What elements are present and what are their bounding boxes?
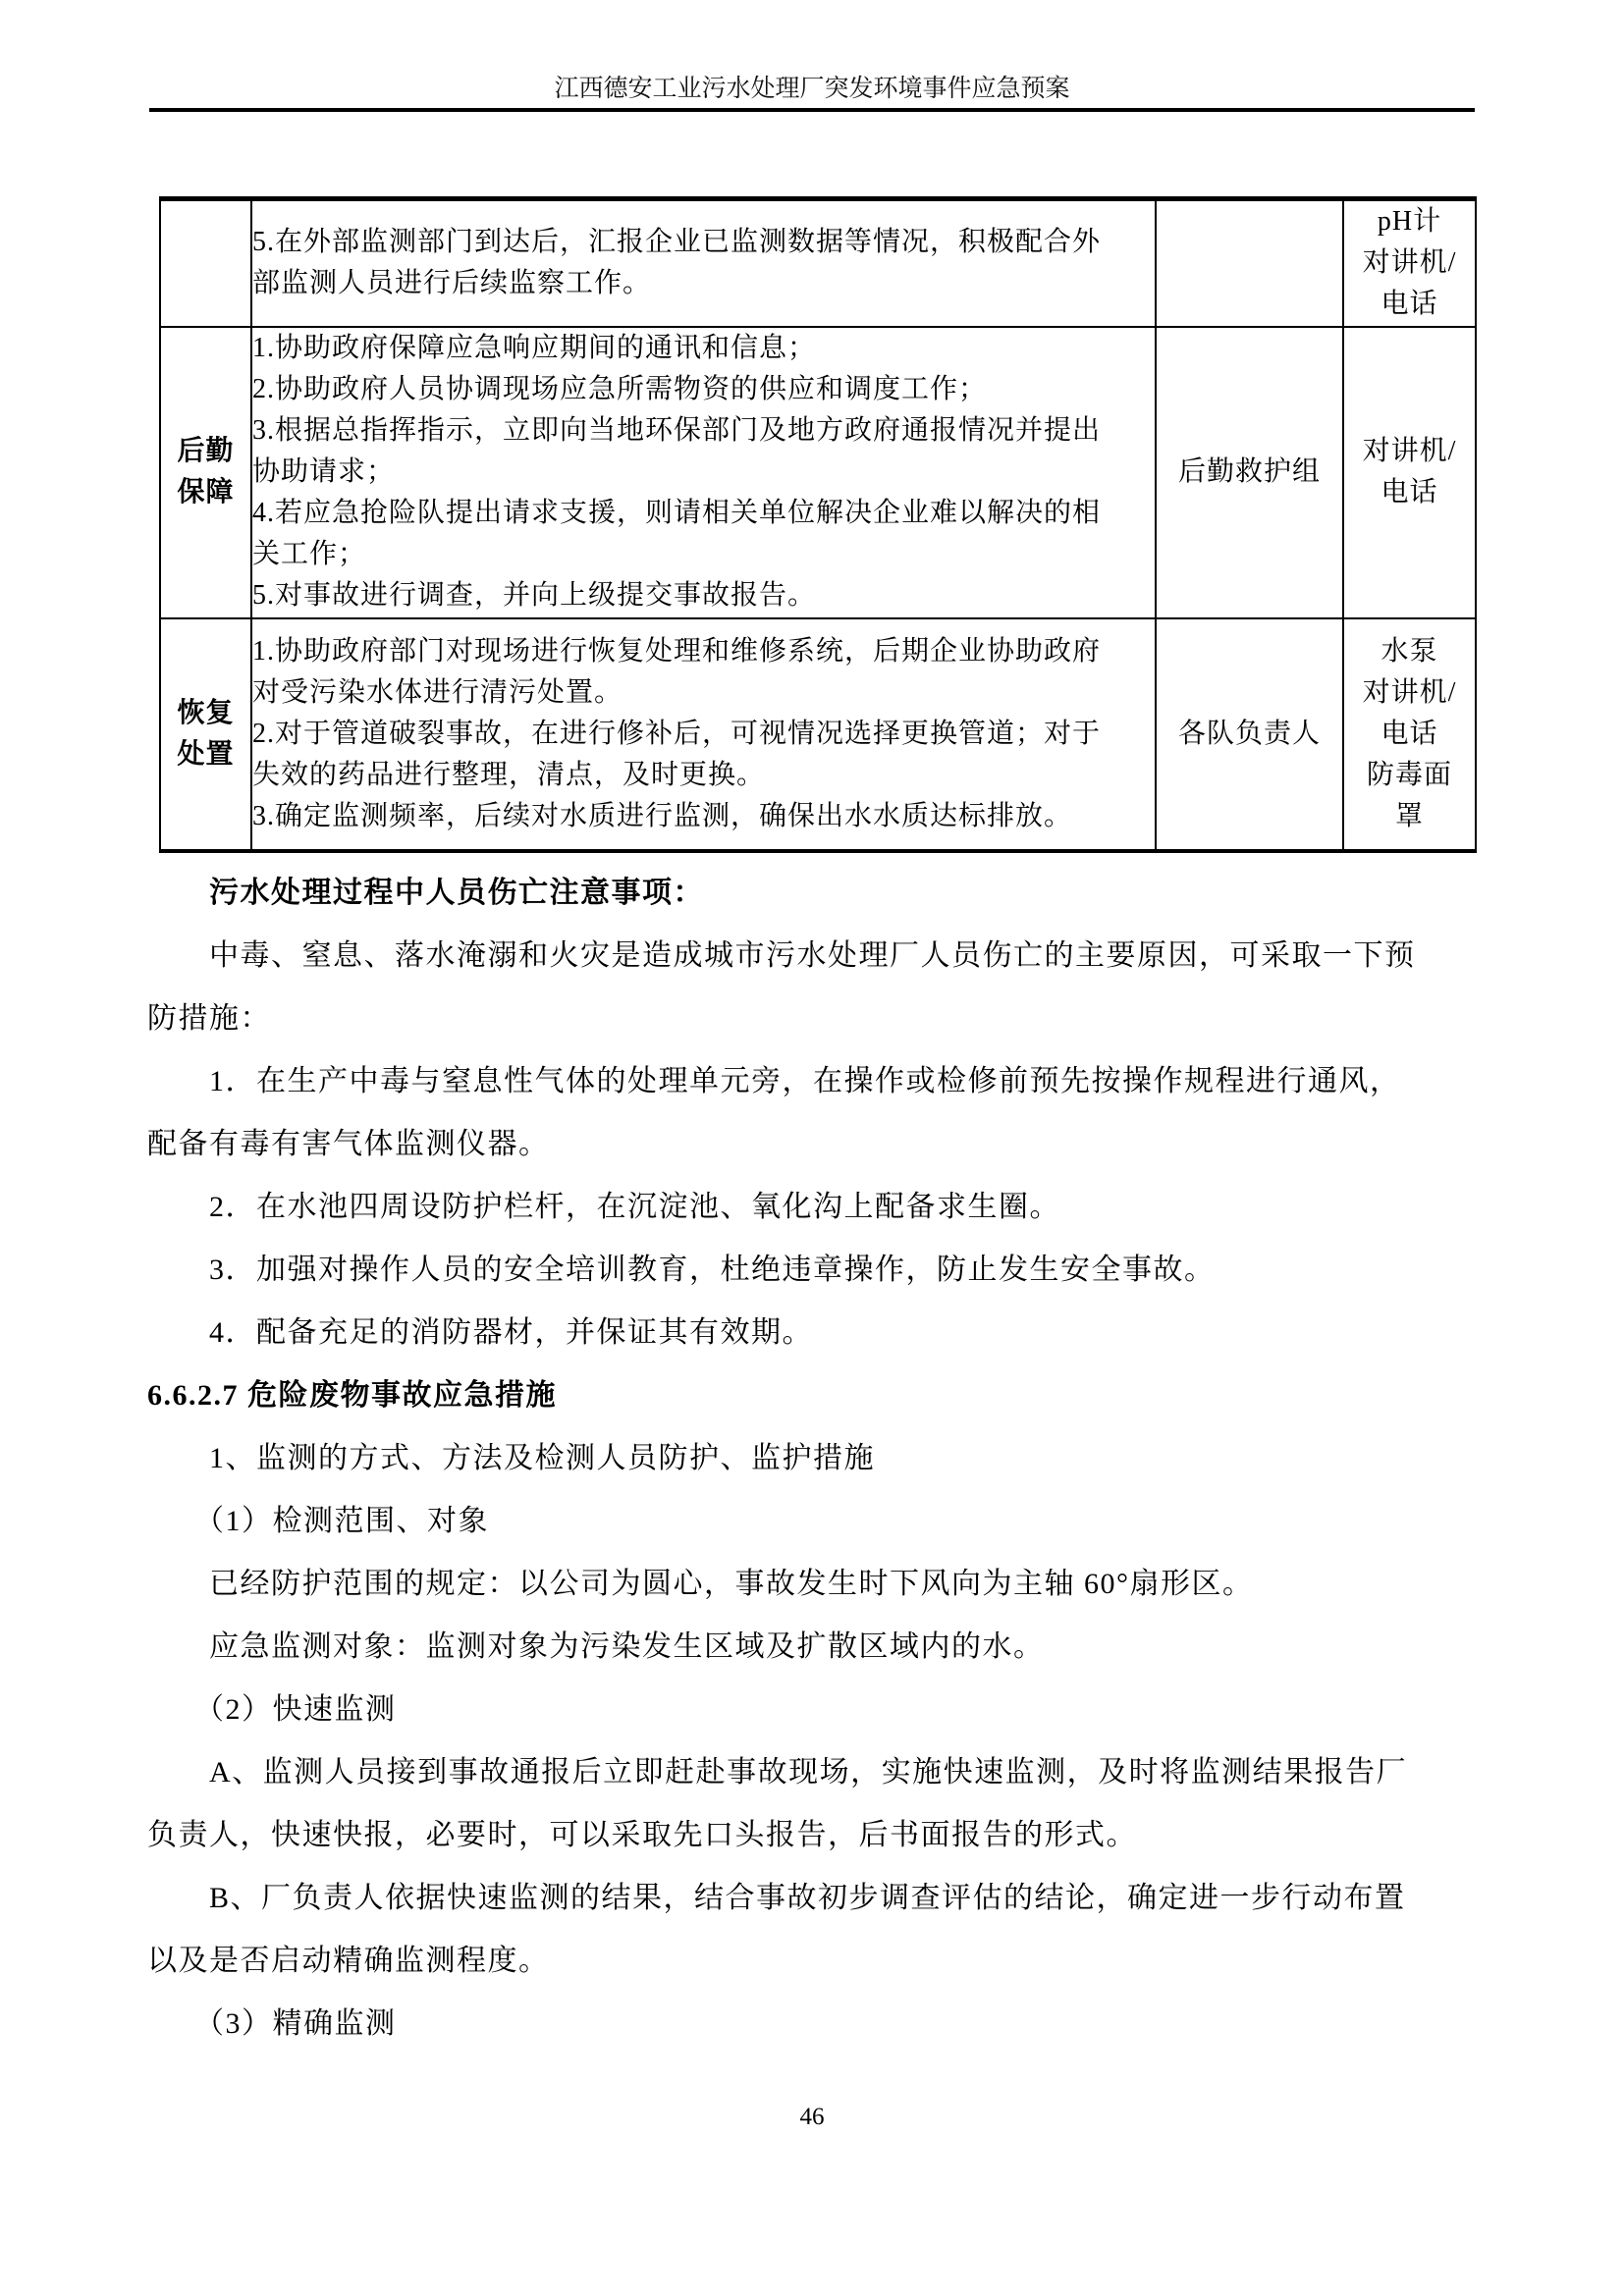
equipment-list: pH计 对讲机/ 电话	[1363, 201, 1457, 325]
paragraph-protection-scope: 已经防护范围的规定：以公司为圆心，事故发生时下风向为主轴 60°扇形区。	[147, 1553, 1479, 1616]
paragraph-rapid-monitoring-b: B、厂负责人依据快速监测的结果，结合事故初步调查评估的结论，确定进一步行动布置 …	[147, 1867, 1479, 1993]
tasks-text: 1.协助政府保障应急响应期间的通讯和信息； 2.协助政府人员协调现场应急所需物资…	[252, 328, 1101, 616]
team-cell: 各队负责人	[1156, 618, 1343, 851]
tasks-text: 1.协助政府部门对现场进行恢复处理和维修系统，后期企业协助政府 对受污染水体进行…	[252, 631, 1101, 837]
tasks-cell: 1.协助政府部门对现场进行恢复处理和维修系统，后期企业协助政府 对受污染水体进行…	[251, 618, 1156, 851]
team-label: 各队负责人	[1178, 714, 1321, 755]
paragraph-measure-2: 2．在水池四周设防护栏杆，在沉淀池、氧化沟上配备求生圈。	[147, 1176, 1479, 1239]
equipment-cell: 水泵 对讲机/ 电话 防毒面 罩	[1343, 618, 1476, 851]
group-cell	[160, 199, 251, 327]
paragraph-scope-heading: （1）检测范围、对象	[147, 1490, 1479, 1553]
tasks-cell: 5.在外部监测部门到达后，汇报企业已监测数据等情况，积极配合外 部监测人员进行后…	[251, 199, 1156, 327]
paragraph-rapid-monitoring-a: A、监测人员接到事故通报后立即赶赴事故现场，实施快速监测，及时将监测结果报告厂 …	[147, 1741, 1479, 1867]
header-rule	[149, 108, 1475, 112]
paragraph-measure-4: 4．配备充足的消防器材，并保证其有效期。	[147, 1302, 1479, 1364]
paragraph-casualty-causes: 中毒、窒息、落水淹溺和火灾是造成城市污水处理厂人员伤亡的主要原因，可采取一下预 …	[147, 925, 1479, 1050]
equipment-list: 对讲机/ 电话	[1363, 431, 1457, 513]
section-heading-6-6-2-7: 6.6.2.7 危险废物事故应急措施	[147, 1364, 1479, 1427]
group-cell: 恢复 处置	[160, 618, 251, 851]
table-row-monitoring: 5.在外部监测部门到达后，汇报企业已监测数据等情况，积极配合外 部监测人员进行后…	[160, 199, 1476, 327]
paragraph-monitoring-target: 应急监测对象：监测对象为污染发生区域及扩散区域内的水。	[147, 1616, 1479, 1679]
paragraph-monitoring-methods: 1、监测的方式、方法及检测人员防护、监护措施	[147, 1427, 1479, 1490]
page-number: 46	[0, 2103, 1624, 2132]
group-cell: 后勤 保障	[160, 327, 251, 618]
table-row-logistics: 后勤 保障 1.协助政府保障应急响应期间的通讯和信息； 2.协助政府人员协调现场…	[160, 327, 1476, 618]
team-cell	[1156, 199, 1343, 327]
group-label: 后勤 保障	[177, 431, 234, 513]
team-label: 后勤救护组	[1178, 452, 1321, 493]
paragraph-measure-1: 1．在生产中毒与窒息性气体的处理单元旁，在操作或检修前预先按操作规程进行通风， …	[147, 1050, 1479, 1176]
team-cell: 后勤救护组	[1156, 327, 1343, 618]
group-label: 恢复 处置	[177, 693, 234, 775]
paragraph-casualty-notes-heading: 污水处理过程中人员伤亡注意事项：	[147, 862, 1479, 925]
tasks-text: 5.在外部监测部门到达后，汇报企业已监测数据等情况，积极配合外 部监测人员进行后…	[252, 222, 1101, 304]
paragraph-rapid-monitoring-heading: （2）快速监测	[147, 1679, 1479, 1741]
emergency-duty-table: 5.在外部监测部门到达后，汇报企业已监测数据等情况，积极配合外 部监测人员进行后…	[159, 196, 1477, 853]
paragraph-precise-monitoring-heading: （3）精确监测	[147, 1993, 1479, 2056]
tasks-cell: 1.协助政府保障应急响应期间的通讯和信息； 2.协助政府人员协调现场应急所需物资…	[251, 327, 1156, 618]
document-page: 江西德安工业污水处理厂突发环境事件应急预案 5.在外部监测部门到达后，汇报企业已…	[0, 0, 1624, 2296]
equipment-cell: 对讲机/ 电话	[1343, 327, 1476, 618]
table-row-recovery: 恢复 处置 1.协助政府部门对现场进行恢复处理和维修系统，后期企业协助政府 对受…	[160, 618, 1476, 851]
document-body: 污水处理过程中人员伤亡注意事项： 中毒、窒息、落水淹溺和火灾是造成城市污水处理厂…	[147, 862, 1479, 2056]
paragraph-measure-3: 3．加强对操作人员的安全培训教育，杜绝违章操作，防止发生安全事故。	[147, 1239, 1479, 1302]
header-title: 江西德安工业污水处理厂突发环境事件应急预案	[0, 75, 1624, 104]
equipment-list: 水泵 对讲机/ 电话 防毒面 罩	[1363, 631, 1457, 837]
equipment-cell: pH计 对讲机/ 电话	[1343, 199, 1476, 327]
